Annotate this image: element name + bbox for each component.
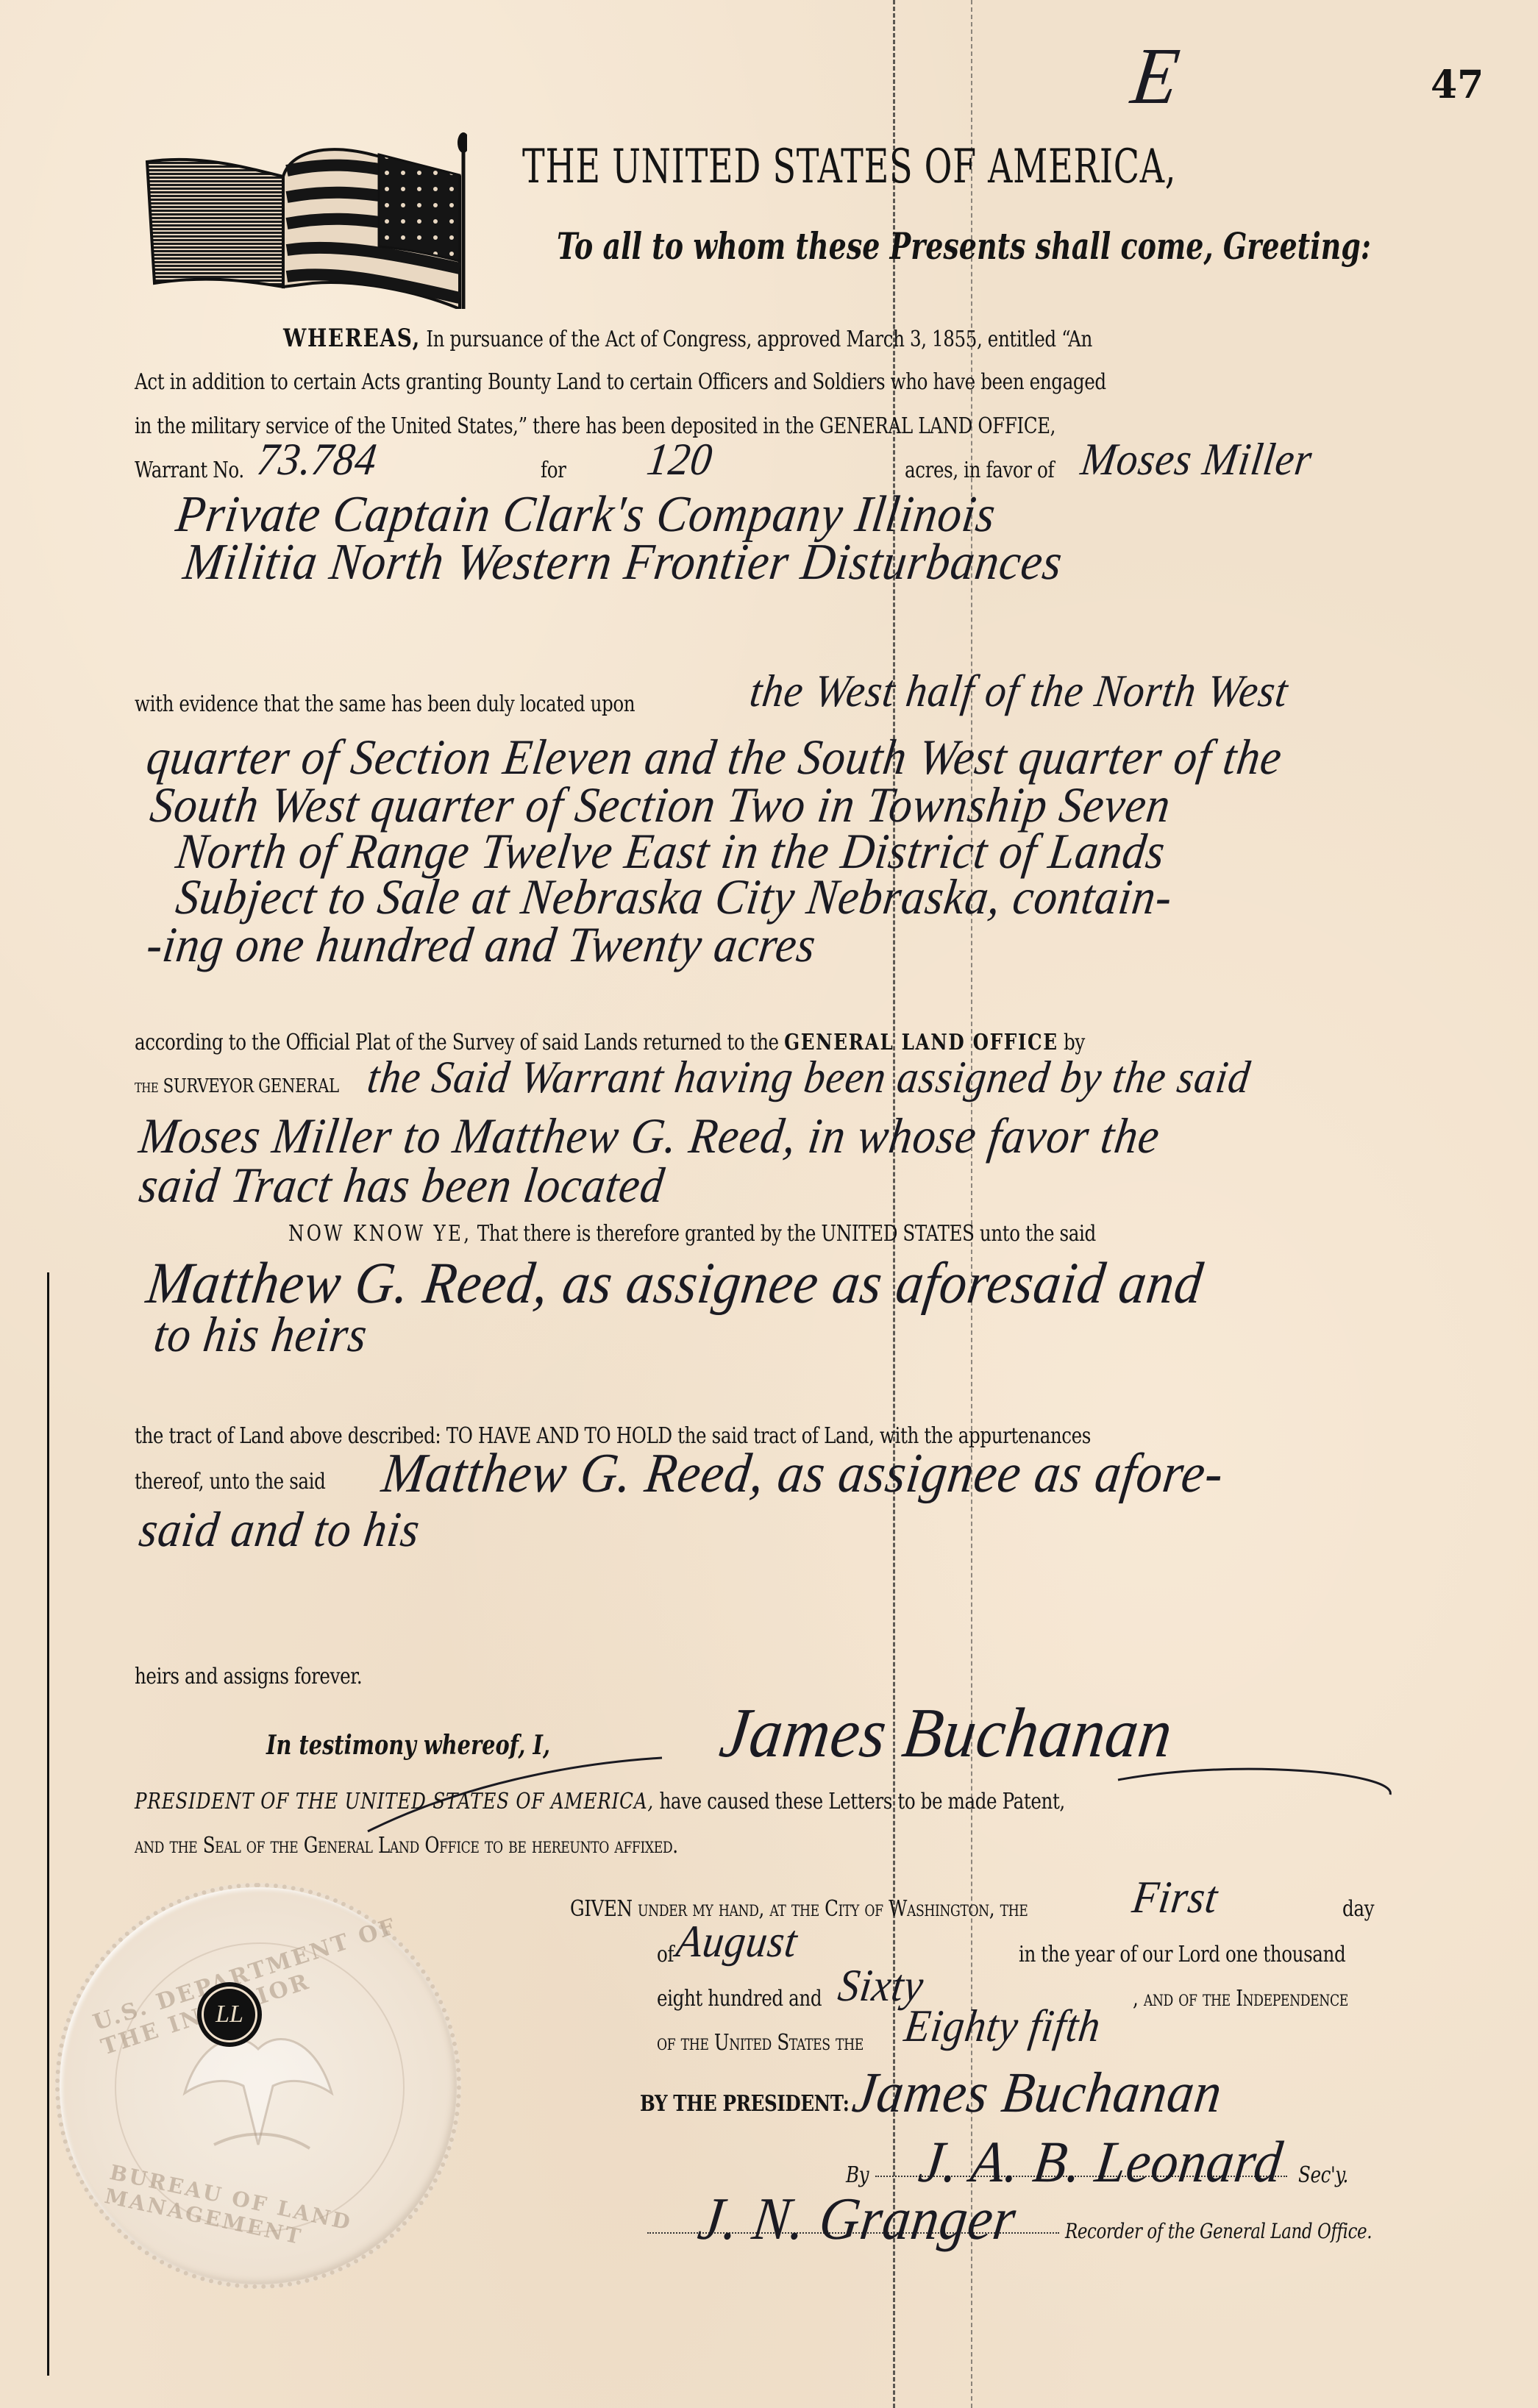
monogram-stamp: LL [197,1982,262,2047]
warrant-for-label: for [541,457,566,483]
original-grantee-name: Moses Miller [1078,434,1315,486]
habendum-closing: heirs and assigns forever. [135,1664,362,1689]
given-day-label: day [1342,1896,1374,1922]
habendum-grantee-line-1: Matthew G. Reed, as assignee as afore- [378,1442,1227,1506]
in-favor-of-label: acres, in favor of [905,457,1054,483]
location-line-1: the West half of the North West [747,666,1291,718]
fold-line-left [893,0,895,2408]
given-line-3-pre: eight hundred and [657,1986,822,2012]
preamble-text-1: In pursuance of the Act of Congress, app… [426,327,1092,352]
by-president-signature: James Buchanan [849,2059,1226,2126]
greeting: To all to whom these Presents shall come… [557,224,1371,268]
grantee-line-2: to his heirs [151,1305,371,1364]
given-line-3-post: , and of the Independence [1133,1986,1348,2012]
given-line-4: of the United States the [657,2030,864,2056]
preamble-line-1: WHEREAS, In pursuance of the Act of Cong… [283,324,1092,353]
preamble-line-2: Act in addition to certain Acts granting… [135,369,1106,395]
surveyor-general-label: the SURVEYOR GENERAL [135,1075,339,1097]
assignment-line-3: said Tract has been located [136,1156,668,1214]
grant-text: That there is therefore granted by the U… [477,1221,1096,1247]
habendum-label: thereof, unto the said [135,1469,325,1495]
testimony-line-1: PRESIDENT OF THE UNITED STATES OF AMERIC… [135,1789,1065,1814]
flag-icon [136,132,467,309]
president-title: PRESIDENT OF THE UNITED STATES OF AMERIC… [135,1789,654,1814]
left-margin-rule [47,1272,49,2376]
page-number: 47 [1431,63,1484,107]
now-know-ye-label: NOW KNOW YE, [288,1221,471,1247]
given-line-2: in the year of our Lord one thousand [1019,1942,1345,1967]
recorder-title: Recorder of the General Land Office. [1065,2219,1372,2243]
corner-mark: E [1127,29,1185,123]
given-day: First [1129,1872,1221,1924]
location-label: with evidence that the same has been dul… [135,691,635,717]
service-line-2: Militia North Western Frontier Disturban… [180,533,1066,592]
given-month: August [673,1916,800,1968]
by-president-label: BY THE PRESIDENT: [640,2091,849,2117]
location-line-6: -ing one hundred and Twenty acres [143,916,819,974]
given-of: of [657,1942,674,1967]
document-title: THE UNITED STATES OF AMERICA, [522,140,1176,194]
warrant-no-label: Warrant No. [135,457,244,483]
assignment-line-1: the Said Warrant having been assigned by… [364,1052,1253,1104]
whereas-label: WHEREAS, [283,324,421,353]
secretary-title: Sec'y. [1298,2162,1348,2188]
testimony-text-1: have caused these Letters to be made Pat… [659,1789,1064,1814]
habendum-grantee-line-2: said and to his [136,1500,424,1559]
warrant-number: 73.784 [254,434,380,486]
recorder-signature: J. N. Granger [694,2184,1020,2254]
warrant-acres: 120 [644,434,716,486]
embossed-seal: U.S. DEPARTMENT OF THE INTERIOR BUREAU O… [55,1883,461,2289]
independence-year: Eighty fifth [901,2001,1103,2053]
grant-line: NOW KNOW YE, That there is therefore gra… [288,1221,1096,1247]
testimony-line-2: and the Seal of the General Land Office … [135,1833,678,1859]
